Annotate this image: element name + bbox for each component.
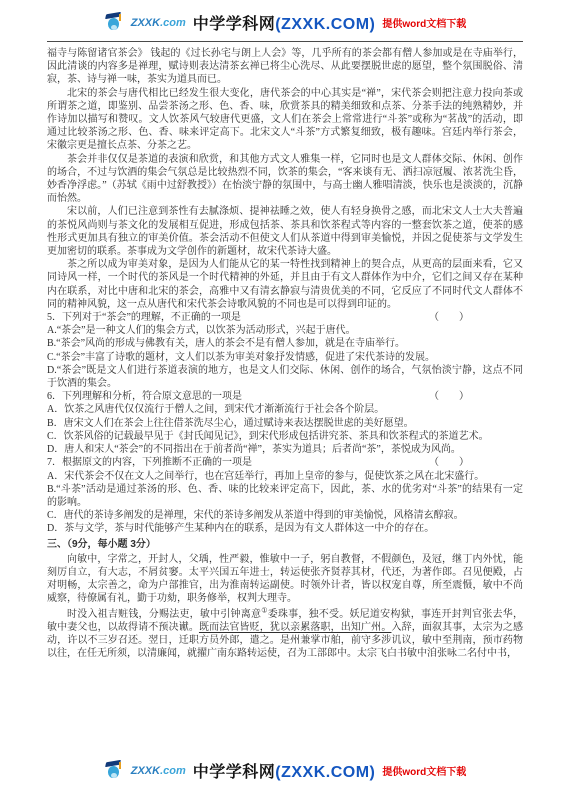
passage1-paragraph-3: 茶会并非仅仅是茶道的表演和欣赏，和其他方式文人雅集一样，它同时也是文人群体交际、… [47,153,523,206]
question-6-option-D: D．唐人和宋人“茶会”的不同指出在于前者尚“禅”，茶实为道具；后者尚“茶”，茶悦… [47,443,523,456]
question-6-option-A: A．饮茶之风唐代仅仅流行于僧人之间，到宋代才渐渐流行于社会各个阶层。 [47,403,523,416]
footer-tagline: 提供word文档下载 [382,763,466,778]
question-7-option-D: D．茶与文学，茶与时代能够产生某种内在的联系，是因为有文人群体这一中介的存在。 [47,522,523,535]
zxxk-logo-text-footer: ZXXK.com [131,765,186,777]
zxxk-logo-text: ZXXK.com [131,17,186,29]
header-brand: ZXXK.com 中学学科网(ZXXK.COM) 提供word文档下载 [0,0,570,34]
mascot-belly [111,773,117,778]
question-7-stem: 7．根据原文的内容，下列推断不正确的一项是 [47,456,252,469]
logo-domain: .com [160,765,186,777]
passage1-paragraph-5: 茶之所以成为审美对象，是因为人们能从它的某一特性找到精神上的契合点，从更高的层面… [47,258,523,311]
question-7-option-C: C．唐代的茶诗多阐发的是禅理，宋代的茶诗多阐发从茶道中得到的审美愉悦，风格清玄醇… [47,509,523,522]
footer-brand: ZXXK.com 中学学科网(ZXXK.COM) 提供word文档下载 [0,759,570,782]
zxxk-mascot-icon [104,12,124,34]
exam-document-page: { "brand": { "logo_text": "ZXXK", "logo_… [0,0,570,800]
cap-tassel-icon [119,14,121,21]
question-5: 5．下列对于“茶会”的理解，不正确的一项是 （ ） A.“茶会”是一种文人们的集… [47,311,523,390]
passage1-paragraph-1: 福寺与陈留诸官茶会》 钱起的《过长孙宅与朗上人会》等，几乎所有的茶会都有僧人参加… [47,47,523,87]
question-6-option-C: C．饮茶风俗的记载最早见于《封氏闻见记》，到宋代形成包括讲究茶、茶具和饮茶程式的… [47,430,523,443]
zxxk-mascot-icon-footer [104,760,124,782]
question-7: 7．根据原文的内容，下列推断不正确的一项是 （ ） A．宋代茶会不仅在文人之间举… [47,456,523,535]
logo-word: ZXXK [131,17,160,29]
question-5-option-A: A.“茶会”是一种文人们的集会方式，以饮茶为活动形式，兴起于唐代。 [47,324,523,337]
passage2-paragraph-1: 向敏中，字常之，开封人，父瑀，性严毅，惟敏中一子，躬自教督，不假颜色，及冠，继丁… [47,553,523,606]
section-3-heading: 三、（9分，每小题 3分） [47,538,523,551]
question-7-answer-bracket: （ ） [429,456,469,469]
question-6-stem: 6．下列理解和分析，符合原文意思的一项是 [47,390,242,403]
question-5-option-D: D.“茶会”既是文人们进行茶道表演的地方，也是文人们交际、休闲、创作的场合，气氛… [47,364,523,390]
question-6-answer-bracket: （ ） [429,390,469,403]
question-7-option-A: A．宋代茶会不仅在文人之间举行，也在宫廷举行，再加上皇帝的参与，促使饮茶之风在北… [47,470,523,483]
passage2-paragraph-2: 时没入祖吉赃钱，分赐法吏，敏中引钟离意①委珠事，独不受。妖尼道安构狱，事连开封判… [47,608,523,661]
site-domain: (ZXXK.COM) [275,764,375,781]
cap-tassel-icon [119,762,121,769]
question-5-stem-row: 5．下列对于“茶会”的理解，不正确的一项是 （ ） [47,311,523,324]
site-name: 中学学科网 [193,764,276,781]
question-5-answer-bracket: （ ） [429,311,469,324]
question-6: 6．下列理解和分析，符合原文意思的一项是 （ ） A．饮茶之风唐代仅仅流行于僧人… [47,390,523,456]
mascot-belly [111,25,117,30]
passage1-paragraph-4: 宋以前，人们已注意到茶性有去腻涤烦、提神祛睡之效，使人有轻身换骨之感，而北宋文人… [47,205,523,258]
page-content: 福寺与陈留诸官茶会》 钱起的《过长孙宅与朗上人会》等，几乎所有的茶会都有僧人参加… [0,47,570,660]
site-name: 中学学科网 [193,16,276,33]
site-title-footer: 中学学科网(ZXXK.COM) [193,759,376,782]
site-title: 中学学科网(ZXXK.COM) [193,11,376,34]
question-5-stem: 5．下列对于“茶会”的理解，不正确的一项是 [47,311,241,324]
passage1-paragraph-2: 北宋的茶会与唐代相比已经发生很大变化，唐代茶会的中心其实是“禅”，宋代茶会则把注… [47,87,523,153]
question-6-stem-row: 6．下列理解和分析，符合原文意思的一项是 （ ） [47,390,523,403]
passage2-p2-underlined-sentence: 既而法官皆贬，犹以亲累落职，出知广州。 [199,622,391,633]
question-7-option-B: B.“斗茶”活动是通过茶汤的形、色、香、味的比较来评定高下，因此，茶、水的优劣对… [47,483,523,509]
logo-word: ZXXK [131,765,160,777]
passage2-p2-pre: 时没入祖吉赃钱，分赐法吏，敏中引钟离意 [67,609,261,620]
question-7-stem-row: 7．根据原文的内容，下列推断不正确的一项是 （ ） [47,456,523,469]
question-6-option-B: B．唐宋文人们在茶会上往往借茶洗尽尘心，通过赋诗来表达摆脱世虑的美好愿望。 [47,417,523,430]
question-5-option-B: B.“茶会”风尚的形成与佛教有关，唐人的茶会不是有僧人参加，就是在寺庙举行。 [47,337,523,350]
header-divider [47,41,523,42]
question-5-option-C: C.“茶会”丰富了诗歌的题材，文人们以茶为审美对象抒发情感，促进了宋代茶诗的发展… [47,351,523,364]
logo-domain: .com [160,17,186,29]
header-tagline: 提供word文档下载 [382,15,466,30]
site-domain: (ZXXK.COM) [275,16,375,33]
